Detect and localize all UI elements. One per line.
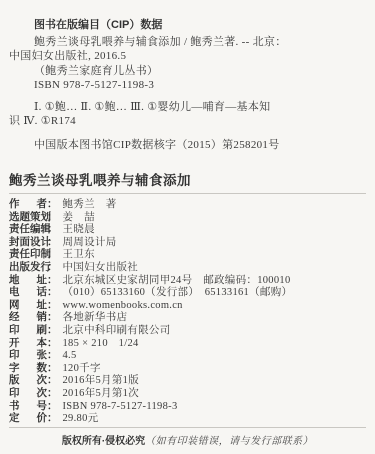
- colophon-row-phone: 电话：（010）65133160（发行部） 65133161（邮购）: [9, 286, 366, 299]
- colophon-row-edition: 版次：2016年5月第1版: [9, 374, 366, 387]
- colophon-separator: ：: [47, 248, 58, 261]
- cip-classification-line: 识 Ⅳ. ①R174: [9, 114, 366, 128]
- cip-isbn-line: ISBN 978-7-5127-1198-3: [34, 78, 366, 92]
- colophon-separator: ：: [47, 223, 58, 236]
- colophon-label: 书号: [9, 400, 47, 413]
- colophon-value: 鲍秀兰 著: [63, 199, 117, 212]
- cip-block: 图书在版编目（CIP）数据 鲍秀兰谈母乳喂养与辅食添加 / 鲍秀兰著. -- 北…: [9, 18, 366, 152]
- colophon-separator: ：: [47, 198, 58, 211]
- colophon-value: 王卫东: [63, 249, 95, 262]
- colophon-label: 地址: [9, 274, 47, 287]
- colophon-separator: ：: [47, 286, 58, 299]
- colophon-value: （010）65133160（发行部） 65133161（邮购）: [63, 287, 293, 300]
- cip-description-line: 鲍秀兰谈母乳喂养与辅食添加 / 鲍秀兰著. -- 北京：: [34, 35, 366, 49]
- colophon-label: 作者: [9, 198, 47, 211]
- colophon-separator: ：: [47, 400, 58, 413]
- colophon-label: 选题策划: [9, 211, 47, 224]
- colophon-value: 185 × 210 1/24: [63, 338, 139, 351]
- colophon-value: 周周设计局: [63, 237, 117, 250]
- colophon-label: 经销: [9, 311, 47, 324]
- colophon: 作者：鲍秀兰 著 选题策划：姜 喆 责任编辑：王晓晨 封面设计：周周设计局 责任…: [9, 198, 366, 425]
- colophon-separator: ：: [47, 211, 58, 224]
- colophon-value: 北京中科印刷有限公司: [63, 325, 171, 338]
- colophon-label: 封面设计: [9, 236, 47, 249]
- cip-series-line: （鲍秀兰家庭育儿丛书）: [34, 64, 366, 78]
- colophon-separator: ：: [47, 311, 58, 324]
- colophon-row-editor: 责任编辑：王晓晨: [9, 223, 366, 236]
- colophon-separator: ：: [47, 261, 58, 274]
- colophon-separator: ：: [47, 374, 58, 387]
- colophon-separator: ：: [47, 412, 58, 425]
- colophon-value: 中国妇女出版社: [63, 262, 139, 275]
- colophon-label: 版次: [9, 374, 47, 387]
- colophon-row-publisher: 出版发行：中国妇女出版社: [9, 261, 366, 274]
- colophon-label: 定价: [9, 412, 47, 425]
- colophon-row-price: 定价：29.80元: [9, 412, 366, 425]
- colophon-row-format: 开本：185 × 210 1/24: [9, 337, 366, 350]
- colophon-row-author: 作者：鲍秀兰 著: [9, 198, 366, 211]
- colophon-separator: ：: [47, 324, 58, 337]
- cip-registry-number: 中国版本图书馆CIP数据核字（2015）第258201号: [34, 138, 366, 152]
- colophon-row-word-count: 字数：120千字: [9, 362, 366, 375]
- colophon-row-isbn: 书号：ISBN 978-7-5127-1198-3: [9, 400, 366, 413]
- colophon-value: 2016年5月第1版: [63, 375, 140, 388]
- colophon-label: 出版发行: [9, 261, 47, 274]
- copyright-notice: 版权所有·侵权必究（如有印装错误，请与发行部联系）: [9, 427, 366, 448]
- book-title: 鲍秀兰谈母乳喂养与辅食添加: [9, 172, 366, 194]
- colophon-value: 4.5: [63, 350, 77, 363]
- cip-publisher-line: 中国妇女出版社, 2016.5: [9, 49, 366, 63]
- colophon-separator: ：: [47, 299, 58, 312]
- colophon-row-sheets: 印张：4.5: [9, 349, 366, 362]
- colophon-label: 印张: [9, 349, 47, 362]
- colophon-label: 电话: [9, 286, 47, 299]
- cip-classification-line: Ⅰ. ①鲍… Ⅱ. ①鲍… Ⅲ. ①婴幼儿—哺育—基本知: [34, 100, 366, 114]
- cip-heading: 图书在版编目（CIP）数据: [34, 18, 366, 32]
- colophon-row-impression: 印次：2016年5月第1次: [9, 387, 366, 400]
- colophon-label: 印刷: [9, 324, 47, 337]
- colophon-row-address: 地址：北京东城区史家胡同甲24号 邮政编码：100010: [9, 274, 366, 287]
- colophon-value: ISBN 978-7-5127-1198-3: [63, 401, 178, 414]
- colophon-row-cover-design: 封面设计：周周设计局: [9, 236, 366, 249]
- colophon-separator: ：: [47, 337, 58, 350]
- colophon-separator: ：: [47, 274, 58, 287]
- colophon-separator: ：: [47, 349, 58, 362]
- colophon-row-planner: 选题策划：姜 喆: [9, 211, 366, 224]
- colophon-label: 责任印制: [9, 248, 47, 261]
- colophon-value: 2016年5月第1次: [63, 388, 140, 401]
- colophon-separator: ：: [47, 236, 58, 249]
- copyright-page: 图书在版编目（CIP）数据 鲍秀兰谈母乳喂养与辅食添加 / 鲍秀兰著. -- 北…: [0, 0, 375, 454]
- colophon-separator: ：: [47, 362, 58, 375]
- colophon-value: 姜 喆: [63, 212, 95, 225]
- colophon-value: 王晓晨: [63, 224, 95, 237]
- colophon-row-printer: 印刷：北京中科印刷有限公司: [9, 324, 366, 337]
- colophon-value: 120千字: [63, 363, 101, 376]
- colophon-value: 各地新华书店: [63, 312, 128, 325]
- colophon-row-website: 网址：www.womenbooks.com.cn: [9, 299, 366, 312]
- colophon-value: www.womenbooks.com.cn: [63, 300, 183, 313]
- colophon-value: 29.80元: [63, 413, 99, 426]
- colophon-label: 字数: [9, 362, 47, 375]
- copyright-notice-bold: 版权所有·侵权必究: [62, 436, 145, 447]
- colophon-label: 网址: [9, 299, 47, 312]
- colophon-label: 责任编辑: [9, 223, 47, 236]
- colophon-label: 印次: [9, 387, 47, 400]
- copyright-notice-note: （如有印装错误，请与发行部联系）: [145, 436, 313, 447]
- colophon-separator: ：: [47, 387, 58, 400]
- colophon-label: 开本: [9, 337, 47, 350]
- colophon-row-print-supervisor: 责任印制：王卫东: [9, 248, 366, 261]
- colophon-row-distributor: 经销：各地新华书店: [9, 311, 366, 324]
- colophon-value: 北京东城区史家胡同甲24号 邮政编码：100010: [63, 275, 291, 288]
